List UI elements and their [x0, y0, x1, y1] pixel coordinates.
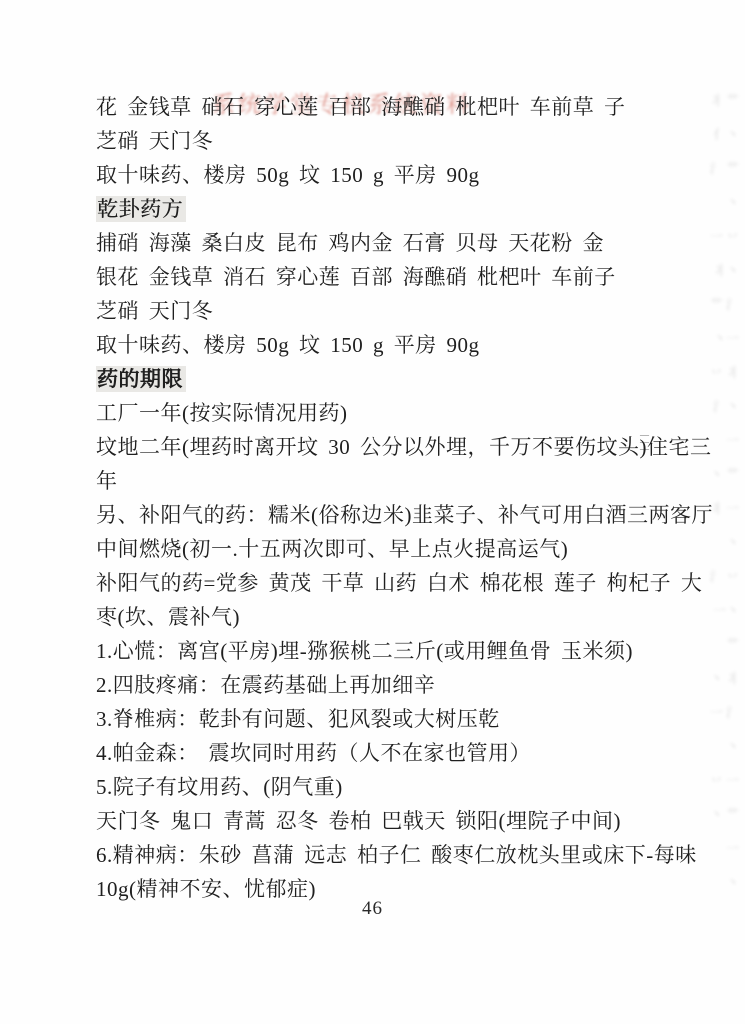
text-line: 芝硝 天门冬: [96, 294, 657, 328]
text-line: 天门冬 鬼口 青蒿 忍冬 卷柏 巴戟天 锁阳(埋院子中间): [96, 804, 657, 838]
text-line: 工厂一年(按实际情况用药): [96, 396, 657, 430]
text-block: 花 金钱草 硝石 穿心莲 百部 海醮硝 枇杷叶 车前草 子 芝硝 天门冬 取十味…: [96, 90, 657, 906]
section-heading-qian-gua: 乾卦药方: [96, 192, 657, 226]
heading-highlight: 乾卦药方: [96, 196, 186, 222]
numbered-item-3: 3.脊椎病：乾卦有问题、犯风裂或大树压乾: [96, 702, 657, 736]
text-line: 补阳气的药=党参 黄茂 干草 山药 白术 棉花根 莲子 枸杞子 大: [96, 566, 657, 600]
text-line: 芝硝 天门冬: [96, 124, 657, 158]
page-number: 46: [0, 898, 745, 920]
numbered-item-1: 1.心慌：离宫(平房)埋-猕猴桃二三斤(或用鲤鱼骨 玉米须): [96, 634, 657, 668]
heading-highlight: 药的期限: [96, 366, 186, 392]
text-line: 枣(坎、震补气): [96, 600, 657, 634]
scan-bleedthrough-text: 丬 艹 亻丶 氵 艹 丶 一 丷 丬丶 艹 氵 丶一 丷 丬 氵丶 一 丶 艹 …: [681, 84, 745, 894]
text-line: 银花 金钱草 消石 穿心莲 百部 海醮硝 枇杷叶 车前子: [96, 260, 657, 294]
document-page: 系统学堂专机系统资料 丬 艹 亻丶 氵 艹 丶 一 丷 丬丶 艹 氵 丶一 丷 …: [0, 0, 745, 1024]
section-heading-duration: 药的期限: [96, 362, 657, 396]
text-line: 坟地二年(埋药时离开坟 30 公分以外埋，千万不要伤坟头)住宅三: [96, 430, 657, 464]
text-line: 中间燃烧(初一.十五两次即可、早上点火提高运气): [96, 532, 657, 566]
text-line: 捕硝 海藻 桑白皮 昆布 鸡内金 石膏 贝母 天花粉 金: [96, 226, 657, 260]
text-line: 花 金钱草 硝石 穿心莲 百部 海醮硝 枇杷叶 车前草 子: [96, 90, 657, 124]
numbered-item-4: 4.帕金森： 震坎同时用药（人不在家也管用）: [96, 736, 657, 770]
numbered-item-5: 5.院子有坟用药、(阴气重): [96, 770, 657, 804]
text-line: 另、补阳气的药：糯米(俗称边米)韭菜子、补气可用白酒三两客厅: [96, 498, 657, 532]
numbered-item-2: 2.四肢疼痛：在震药基础上再加细辛: [96, 668, 657, 702]
text-line: 取十味药、楼房 50g 坟 150 g 平房 90g: [96, 328, 657, 362]
text-line: 取十味药、楼房 50g 坟 150 g 平房 90g: [96, 158, 657, 192]
numbered-item-6: 6.精神病：朱砂 菖蒲 远志 柏子仁 酸枣仁放枕头里或床下-每味: [96, 838, 657, 872]
text-line: 年: [96, 464, 657, 498]
